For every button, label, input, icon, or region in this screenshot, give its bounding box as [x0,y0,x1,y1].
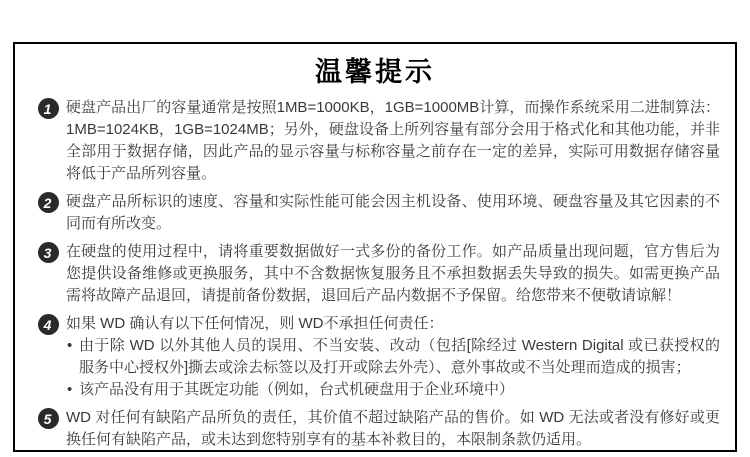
notice-item-3-text: 在硬盘的使用过程中，请将重要数据做好一式多份的备份工作。如产品质量出现问题，官方… [66,241,720,307]
notice-content: 1 硬盘产品出厂的容量通常是按照1MB=1000KB，1GB=1000MB计算，… [15,97,735,451]
notice-item-2-body: 硬盘产品所标识的速度、容量和实际性能可能会因主机设备、使用环境、硬盘容量及其它因… [66,191,720,235]
notice-item-5-text: WD 对任何有缺陷产品所负的责任，其价值不超过缺陷产品的售价。如 WD 无法或者… [66,407,720,451]
notice-item-4-text: 如果 WD 确认有以下任何情况，则 WD不承担任何责任： [66,313,720,335]
number-5-badge-icon: 5 [38,408,59,429]
notice-item-3: 3 在硬盘的使用过程中，请将重要数据做好一式多份的备份工作。如产品质量出现问题，… [38,241,720,307]
number-1-badge-icon: 1 [38,98,59,119]
badge-number: 3 [44,246,52,260]
notice-item-2: 2 硬盘产品所标识的速度、容量和实际性能可能会因主机设备、使用环境、硬盘容量及其… [38,191,720,235]
badge-number: 1 [44,102,52,116]
notice-item-4-bullet-2: 该产品没有用于其既定功能（例如，台式机硬盘用于企业环境中） [66,379,720,401]
badge-number: 5 [44,412,52,426]
notice-item-4-bullet-list: 由于除 WD 以外其他人员的误用、不当安装、改动（包括[除经过 Western … [66,335,720,401]
notice-item-1: 1 硬盘产品出厂的容量通常是按照1MB=1000KB，1GB=1000MB计算，… [38,97,720,185]
badge-number: 2 [44,196,52,210]
notice-item-5-body: WD 对任何有缺陷产品所负的责任，其价值不超过缺陷产品的售价。如 WD 无法或者… [66,407,720,451]
notice-box: 温馨提示 1 硬盘产品出厂的容量通常是按照1MB=1000KB，1GB=1000… [13,42,737,452]
notice-item-3-body: 在硬盘的使用过程中，请将重要数据做好一式多份的备份工作。如产品质量出现问题，官方… [66,241,720,307]
number-3-badge-icon: 3 [38,242,59,263]
notice-item-4: 4 如果 WD 确认有以下任何情况，则 WD不承担任何责任： 由于除 WD 以外… [38,313,720,401]
notice-item-2-text: 硬盘产品所标识的速度、容量和实际性能可能会因主机设备、使用环境、硬盘容量及其它因… [66,191,720,235]
number-2-badge-icon: 2 [38,192,59,213]
page-title: 温馨提示 [15,57,735,87]
number-4-badge-icon: 4 [38,314,59,335]
notice-item-4-bullet-1: 由于除 WD 以外其他人员的误用、不当安装、改动（包括[除经过 Western … [66,335,720,379]
notice-item-1-text: 硬盘产品出厂的容量通常是按照1MB=1000KB，1GB=1000MB计算，而操… [66,97,720,185]
notice-item-4-body: 如果 WD 确认有以下任何情况，则 WD不承担任何责任： 由于除 WD 以外其他… [66,313,720,401]
notice-item-5: 5 WD 对任何有缺陷产品所负的责任，其价值不超过缺陷产品的售价。如 WD 无法… [38,407,720,451]
badge-number: 4 [44,318,52,332]
notice-item-1-body: 硬盘产品出厂的容量通常是按照1MB=1000KB，1GB=1000MB计算，而操… [66,97,720,185]
